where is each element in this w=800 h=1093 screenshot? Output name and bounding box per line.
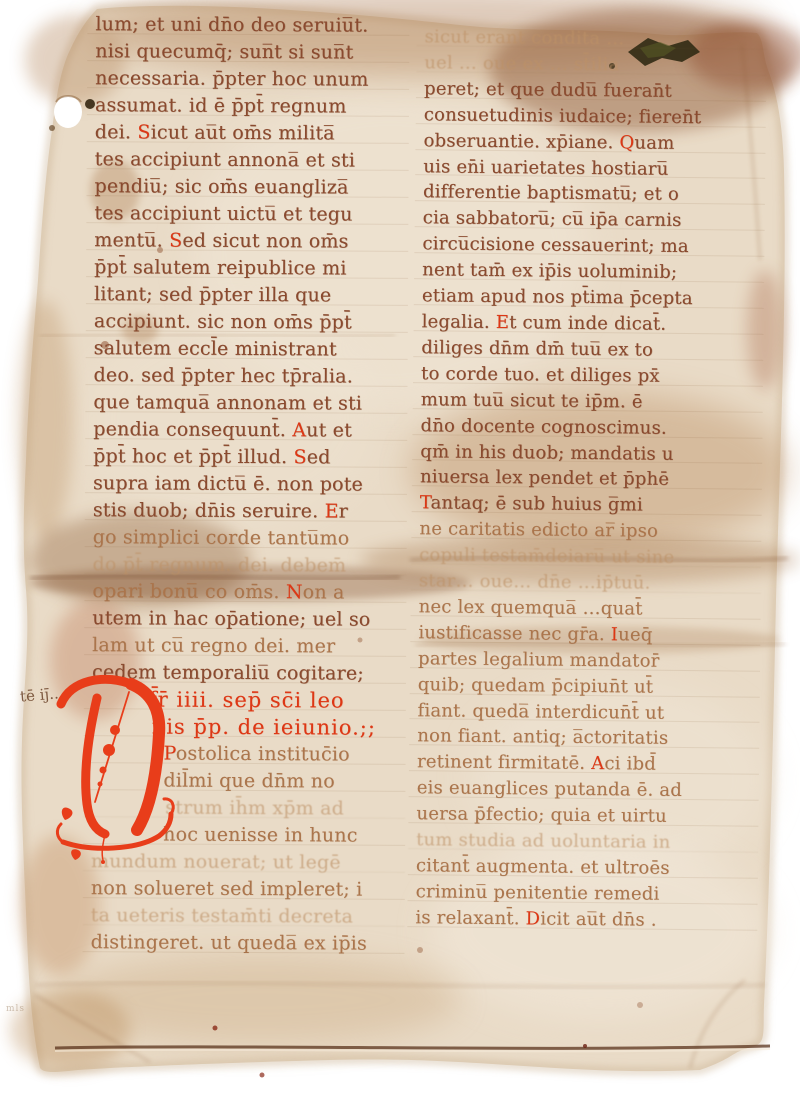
manuscript-line: dei. Sicut au̅t om̄s milita̅ bbox=[95, 119, 407, 148]
manuscript-line: iustificasse nec gr̄a. Iueq̄ bbox=[418, 620, 758, 649]
red-touched-letter: N bbox=[286, 581, 303, 603]
manuscript-line: uis en̄i uarietates hostiaru̅ bbox=[423, 154, 763, 183]
manuscript-line: nec lex quemqua̅ …quat̄ bbox=[419, 594, 759, 623]
manuscript-photo: lum; et uni dn̄o deo seruiu̅t.nisi quecu… bbox=[0, 0, 800, 1093]
red-touched-letter: A bbox=[292, 419, 306, 441]
manuscript-line: Tantaq; ē sub huius g̅mi bbox=[420, 491, 760, 520]
manuscript-line: opari bonu̅ co om̄s. Non a bbox=[92, 578, 404, 607]
manuscript-line: eis euanglices putanda ē. ad bbox=[417, 775, 757, 804]
manuscript-line: criminu̅ penitentie remedi bbox=[416, 879, 756, 908]
manuscript-line: pendiu̅; sic om̄s euangliza̅ bbox=[94, 173, 406, 202]
manuscript-line: consuetudinis iudaice; fieren̄t bbox=[424, 102, 764, 131]
manuscript-line: cia sabbatoru̅; cu̅ ip̄a carnis bbox=[423, 206, 763, 235]
manuscript-line: differentie baptismatu̅; et o bbox=[423, 180, 763, 209]
manuscript-line: supra iam dictu̅ ē. non pote bbox=[93, 470, 405, 499]
manuscript-line: partes legalium mandator̄ bbox=[418, 646, 758, 675]
manuscript-line: qm̄ in his duob; mandatis u bbox=[420, 439, 760, 468]
manuscript-line: accipiunt. sic non om̄s p̄pt̄ bbox=[94, 308, 406, 337]
red-touched-letter: T bbox=[420, 493, 431, 514]
fold-crease-bottom bbox=[55, 1046, 770, 1048]
manuscript-line: circu̅cisione cessauerint; ma bbox=[422, 231, 762, 260]
manuscript-line: ne caritatis edicto ar̅ ipso bbox=[419, 516, 759, 545]
manuscript-line: litant; sed p̄pter illa que bbox=[94, 281, 406, 310]
manuscript-line: dn̄o docente cognoscimus. bbox=[420, 413, 760, 442]
red-touched-letter: S bbox=[293, 446, 306, 468]
manuscript-line: go simplici corde tantu̅mo bbox=[93, 524, 405, 553]
manuscript-line: legalia. Et cum inde dicat̄. bbox=[422, 309, 762, 338]
manuscript-line: assumat. id ē p̄pt̄ regnum bbox=[95, 92, 407, 121]
red-touched-letter: S bbox=[137, 121, 150, 143]
manuscript-line: niuersa lex pendet et p̄phē bbox=[420, 465, 760, 494]
red-touched-letter: E bbox=[496, 312, 510, 333]
manuscript-line: lum; et uni dn̄o deo seruiu̅t. bbox=[95, 11, 407, 40]
manuscript-line: p̄pt̄ salutem reipublice mi bbox=[94, 254, 406, 283]
decorated-initial-A bbox=[55, 672, 185, 872]
manuscript-line: salutem eccl̄e ministrant bbox=[94, 335, 406, 364]
manuscript-line: peret; et que dudu̅ fueran̄t bbox=[424, 76, 764, 105]
manuscript-line: to corde tuo. et diliges px̄ bbox=[421, 361, 761, 390]
red-touched-letter: I bbox=[611, 624, 619, 645]
manuscript-line: nent tam̄ ex ip̄is uoluminib; bbox=[422, 257, 762, 286]
manuscript-line: non fiant. antiq; a̅ctoritatis bbox=[417, 724, 757, 753]
manuscript-line: do p̄t̄ regnum. dei. debem̄ bbox=[93, 551, 405, 580]
manuscript-line: uersa p̄fectio; quia et uirtu bbox=[416, 801, 756, 830]
manuscript-line: retinent firmitatē. Aci ibd̄ bbox=[417, 750, 757, 779]
manuscript-line: star… oue… dn̄e …ip̄tuū. bbox=[419, 568, 759, 597]
manuscript-line: que tamqua̅ annonam et sti bbox=[93, 389, 405, 418]
text-column-right: sicut erant condita …uel … oue ex … st̄i… bbox=[415, 24, 764, 934]
manuscript-line: utem in hac op̄atione; uel so bbox=[92, 605, 404, 634]
manuscript-line: citant̄ augmenta. et ultroēs bbox=[416, 853, 756, 882]
manuscript-line: is relaxant̄. Dicit au̅t dn̄s . bbox=[415, 905, 755, 934]
manuscript-line: fiant. queda̅ interdicun̄t̄ ut bbox=[417, 698, 757, 727]
manuscript-line: necessaria. p̄pter hoc unum bbox=[95, 65, 407, 94]
corner-mark: mls bbox=[6, 1004, 25, 1014]
manuscript-line: mentu̅. Sed sicut non om̄s bbox=[94, 227, 406, 256]
manuscript-line: distingeret. ut queda̅ ex ip̄is bbox=[91, 929, 403, 958]
manuscript-line: tum studia ad uoluntaria in bbox=[416, 827, 756, 856]
marginal-note: tē ij̄.. bbox=[19, 684, 59, 705]
manuscript-line: sicut erant condita … bbox=[424, 24, 764, 53]
manuscript-line: non solueret sed impleret; i bbox=[91, 875, 403, 904]
manuscript-line: quib; quedam p̄cipiun̄t ut̄ bbox=[418, 672, 758, 701]
manuscript-line: diliges dn̄m dm̄ tuu̅ ex to bbox=[421, 335, 761, 364]
manuscript-line: tes accipiunt annona̅ et sti bbox=[95, 146, 407, 175]
red-touched-letter: A bbox=[591, 753, 604, 774]
manuscript-line: ta ueteris testam̄ti decreta bbox=[91, 902, 403, 931]
red-touched-letter: S bbox=[169, 230, 182, 252]
manuscript-line: uel … oue ex … st̄ilia bbox=[424, 50, 764, 79]
manuscript-line: mum tuu̅ sicut te ip̄m. ē bbox=[421, 387, 761, 416]
red-touched-letter: Q bbox=[619, 132, 634, 153]
manuscript-line: tes accipiunt uictu̅ et tegu bbox=[94, 200, 406, 229]
manuscript-line: stis duob; dn̄is seruire. Er bbox=[93, 497, 405, 526]
red-touched-letter: D bbox=[526, 908, 541, 929]
manuscript-line: copuli testam̄deiaru̅ ut sine bbox=[419, 542, 759, 571]
manuscript-line: obseruantie. xp̄iane. Quam bbox=[423, 128, 763, 157]
manuscript-line: etiam apud nos pt̄ima p̄cepta bbox=[422, 283, 762, 312]
manuscript-line: lam ut cu̅ regno dei. mer bbox=[92, 632, 404, 661]
manuscript-line: pendia consequunt̄. Aut et bbox=[93, 416, 405, 445]
red-touched-letter: E bbox=[325, 500, 339, 522]
manuscript-line: deo. sed p̄pter hec tp̄ralia. bbox=[93, 362, 405, 391]
manuscript-line: p̄pt̄ hoc et p̄pt̄ illud. Sed bbox=[93, 443, 405, 472]
manuscript-line: nisi quecumq̄; sun̅t si sun̅t bbox=[95, 38, 407, 67]
